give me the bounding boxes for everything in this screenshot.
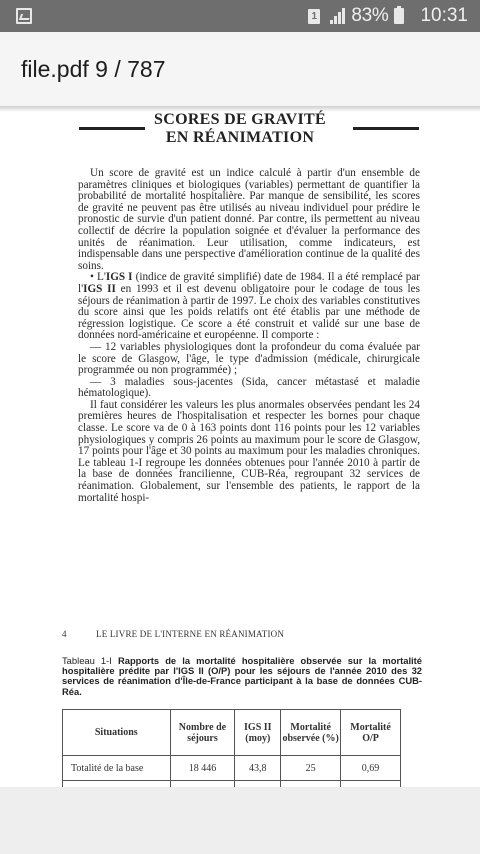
pdf-page[interactable]: SCORES DE GRAVITÉ EN RÉANIMATION Un scor… <box>0 106 480 787</box>
header-igs-ii: IGS II (moy) <box>235 710 281 756</box>
header-situations: Situations <box>63 710 171 756</box>
battery-icon <box>394 8 404 24</box>
mortality-table: Situations Nombre de séjours IGS II (moy… <box>62 709 401 787</box>
viewer-background <box>0 787 480 854</box>
chapter-title-line2: EN RÉANIMATION <box>0 129 480 147</box>
clock: 10:31 <box>420 5 468 27</box>
book-title: LE LIVRE DE L'INTERNE EN RÉANIMATION <box>96 629 284 639</box>
cell-igs: 43,8 <box>235 756 281 781</box>
term-igs-i: IGS I <box>106 271 133 283</box>
cell-mortalite-observee: 25 <box>281 756 341 781</box>
page-number: 4 <box>62 629 96 639</box>
chapter-title-line1: SCORES DE GRAVITÉ <box>0 111 480 129</box>
app-bar: file.pdf 9 / 787 <box>0 32 480 106</box>
header-nombre-sejours: Nombre de séjours <box>170 710 235 756</box>
list-item-diseases: — 3 maladies sous-jacentes (Sida, cancer… <box>78 377 420 400</box>
app-bar-shadow <box>0 106 480 112</box>
signal-icon <box>330 8 345 24</box>
cell-mortalite-op: 0,69 <box>341 756 401 781</box>
document-title: file.pdf 9 / 787 <box>21 56 166 83</box>
sim-icon: 1 <box>308 9 320 24</box>
term-igs-ii: IGS II <box>83 283 116 295</box>
table-caption: Tableau 1-I Rapports de la mortalité hos… <box>62 656 422 697</box>
status-bar: 1 83% 10:31 <box>0 0 480 32</box>
header-mortalite-observee: Mortalité observée (%) <box>281 710 341 756</box>
paragraph-igs-rest: en 1993 et il est devenu obligatoire pou… <box>78 283 420 341</box>
running-head: 4LE LIVRE DE L'INTERNE EN RÉANIMATION <box>62 629 284 639</box>
paragraph-igs: • L'IGS I (indice de gravité simplifié) … <box>78 272 420 342</box>
gallery-icon <box>16 8 32 24</box>
table-header-row: Situations Nombre de séjours IGS II (moy… <box>63 710 401 756</box>
cell-situation: Totalité de la base <box>63 756 171 781</box>
paragraph-intro: Un score de gravité est un indice calcul… <box>78 168 420 272</box>
list-item-variables: — 12 variables physiologiques dont la pr… <box>78 342 420 377</box>
table-row: Totalité de la base 18 446 43,8 25 0,69 <box>63 756 401 781</box>
body-text: Un score de gravité est un indice calcul… <box>78 168 420 504</box>
chapter-title: SCORES DE GRAVITÉ EN RÉANIMATION <box>0 111 480 147</box>
bullet-prefix: • L' <box>90 271 106 283</box>
paragraph-scoring: Il faut considérer les valeurs les plus … <box>78 400 420 504</box>
status-indicators: 1 83% 10:31 <box>308 0 468 32</box>
header-mortalite-op: Mortalité O/P <box>341 710 401 756</box>
cell-sejours: 18 446 <box>170 756 235 781</box>
battery-percent: 83% <box>351 5 388 27</box>
